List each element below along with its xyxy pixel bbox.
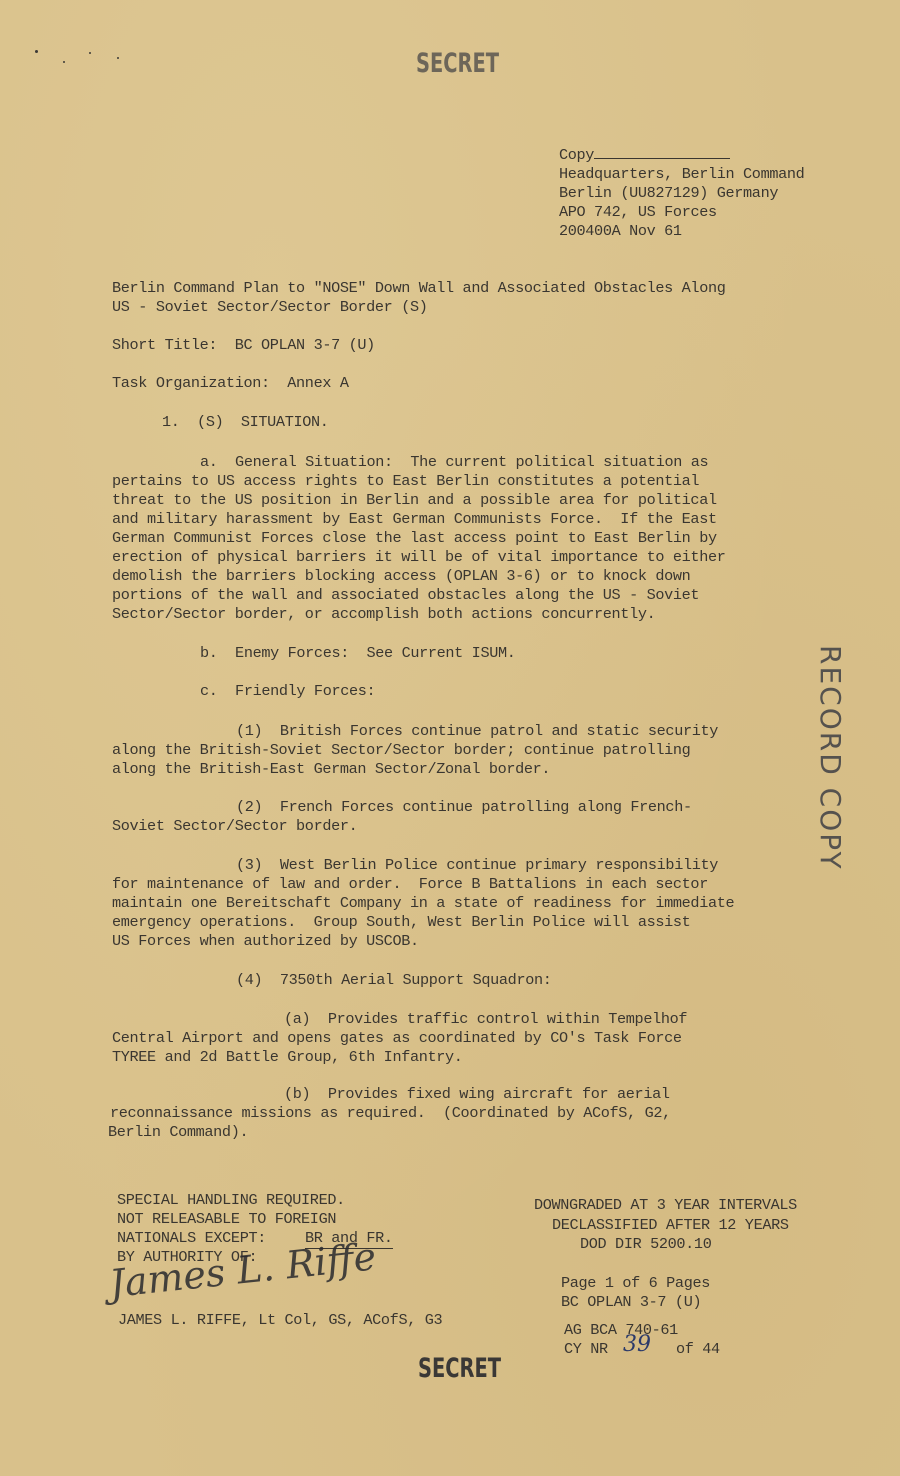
friendly-2-line: (2) French Forces continue patrolling al… [236, 798, 692, 817]
copy-line: Copy [559, 146, 730, 165]
friendly-1-line: along the British-Soviet Sector/Sector b… [112, 741, 690, 760]
downgrade-line: DOWNGRADED AT 3 YEAR INTERVALS [534, 1196, 797, 1215]
downgrade-line: DECLASSIFIED AFTER 12 YEARS [552, 1216, 789, 1235]
general-situation-line: demolish the barriers blocking access (O… [112, 567, 690, 586]
copy-blank [594, 146, 730, 159]
task-organization: Task Organization: Annex A [112, 374, 349, 393]
plan-reference: BC OPLAN 3-7 (U) [561, 1293, 701, 1312]
general-situation-line: portions of the wall and associated obst… [112, 586, 699, 605]
friendly-3-line: maintain one Bereitschaft Company in a s… [112, 894, 734, 913]
friendly-4b-line: (b) Provides fixed wing aircraft for aer… [284, 1085, 670, 1104]
copy-number-label: CY NR [564, 1340, 608, 1359]
general-situation-line: and military harassment by East German C… [112, 510, 717, 529]
general-situation-line: erection of physical barriers it will be… [112, 548, 725, 567]
address-line-1: Headquarters, Berlin Command [559, 165, 804, 184]
general-situation-line: threat to the US position in Berlin and … [112, 491, 717, 510]
address-line-3: APO 742, US Forces [559, 203, 717, 222]
classification-stamp-bottom: SECRET [418, 1353, 501, 1384]
friendly-1-line: (1) British Forces continue patrol and s… [236, 722, 718, 741]
handling-line: NOT RELEASABLE TO FOREIGN [117, 1210, 336, 1229]
friendly-3-line: US Forces when authorized by USCOB. [112, 932, 419, 951]
paper-speck [117, 57, 119, 59]
friendly-4-heading: (4) 7350th Aerial Support Squadron: [236, 971, 552, 990]
address-line-2: Berlin (UU827129) Germany [559, 184, 778, 203]
date-time-group: 200400A Nov 61 [559, 222, 682, 241]
general-situation-line: pertains to US access rights to East Ber… [112, 472, 699, 491]
ag-reference: AG BCA 740-61 [564, 1321, 678, 1340]
general-situation-line: German Communist Forces close the last a… [112, 529, 717, 548]
paper-speck [63, 61, 65, 63]
handling-line: SPECIAL HANDLING REQUIRED. [117, 1191, 345, 1210]
copy-label: Copy [559, 146, 594, 164]
page-number: Page 1 of 6 Pages [561, 1274, 710, 1293]
enemy-forces: b. Enemy Forces: See Current ISUM. [200, 644, 516, 663]
friendly-4b-line: Berlin Command). [108, 1123, 248, 1142]
classification-stamp-top: SECRET [416, 48, 499, 79]
paper-speck [89, 52, 91, 54]
general-situation-line: a. General Situation: The current politi… [200, 453, 708, 472]
handling-line: NATIONALS EXCEPT: [117, 1229, 266, 1248]
plan-title-line-1: Berlin Command Plan to "NOSE" Down Wall … [112, 279, 725, 298]
document-page: SECRET Copy Headquarters, Berlin Command… [0, 0, 900, 1476]
section-heading-situation: 1. (S) SITUATION. [162, 413, 329, 432]
friendly-4a-line: Central Airport and opens gates as coord… [112, 1029, 682, 1048]
copy-number-total: of 44 [676, 1340, 720, 1359]
copy-number-handwritten: 39 [623, 1332, 651, 1357]
friendly-forces-heading: c. Friendly Forces: [200, 682, 375, 701]
friendly-4a-line: TYREE and 2d Battle Group, 6th Infantry. [112, 1048, 463, 1067]
record-copy-stamp: RECORD COPY [814, 645, 847, 871]
friendly-4b-line: reconnaissance missions as required. (Co… [110, 1104, 671, 1123]
friendly-3-line: for maintenance of law and order. Force … [112, 875, 708, 894]
paper-speck [35, 50, 38, 53]
short-title: Short Title: BC OPLAN 3-7 (U) [112, 336, 375, 355]
friendly-3-line: emergency operations. Group South, West … [112, 913, 690, 932]
friendly-3-line: (3) West Berlin Police continue primary … [236, 856, 718, 875]
signatory-name: JAMES L. RIFFE, Lt Col, GS, ACofS, G3 [118, 1311, 442, 1330]
friendly-2-line: Soviet Sector/Sector border. [112, 817, 357, 836]
friendly-4a-line: (a) Provides traffic control within Temp… [284, 1010, 687, 1029]
dod-directive: DOD DIR 5200.10 [580, 1235, 711, 1254]
friendly-1-line: along the British-East German Sector/Zon… [112, 760, 550, 779]
general-situation-line: Sector/Sector border, or accomplish both… [112, 605, 655, 624]
plan-title-line-2: US - Soviet Sector/Sector Border (S) [112, 298, 428, 317]
